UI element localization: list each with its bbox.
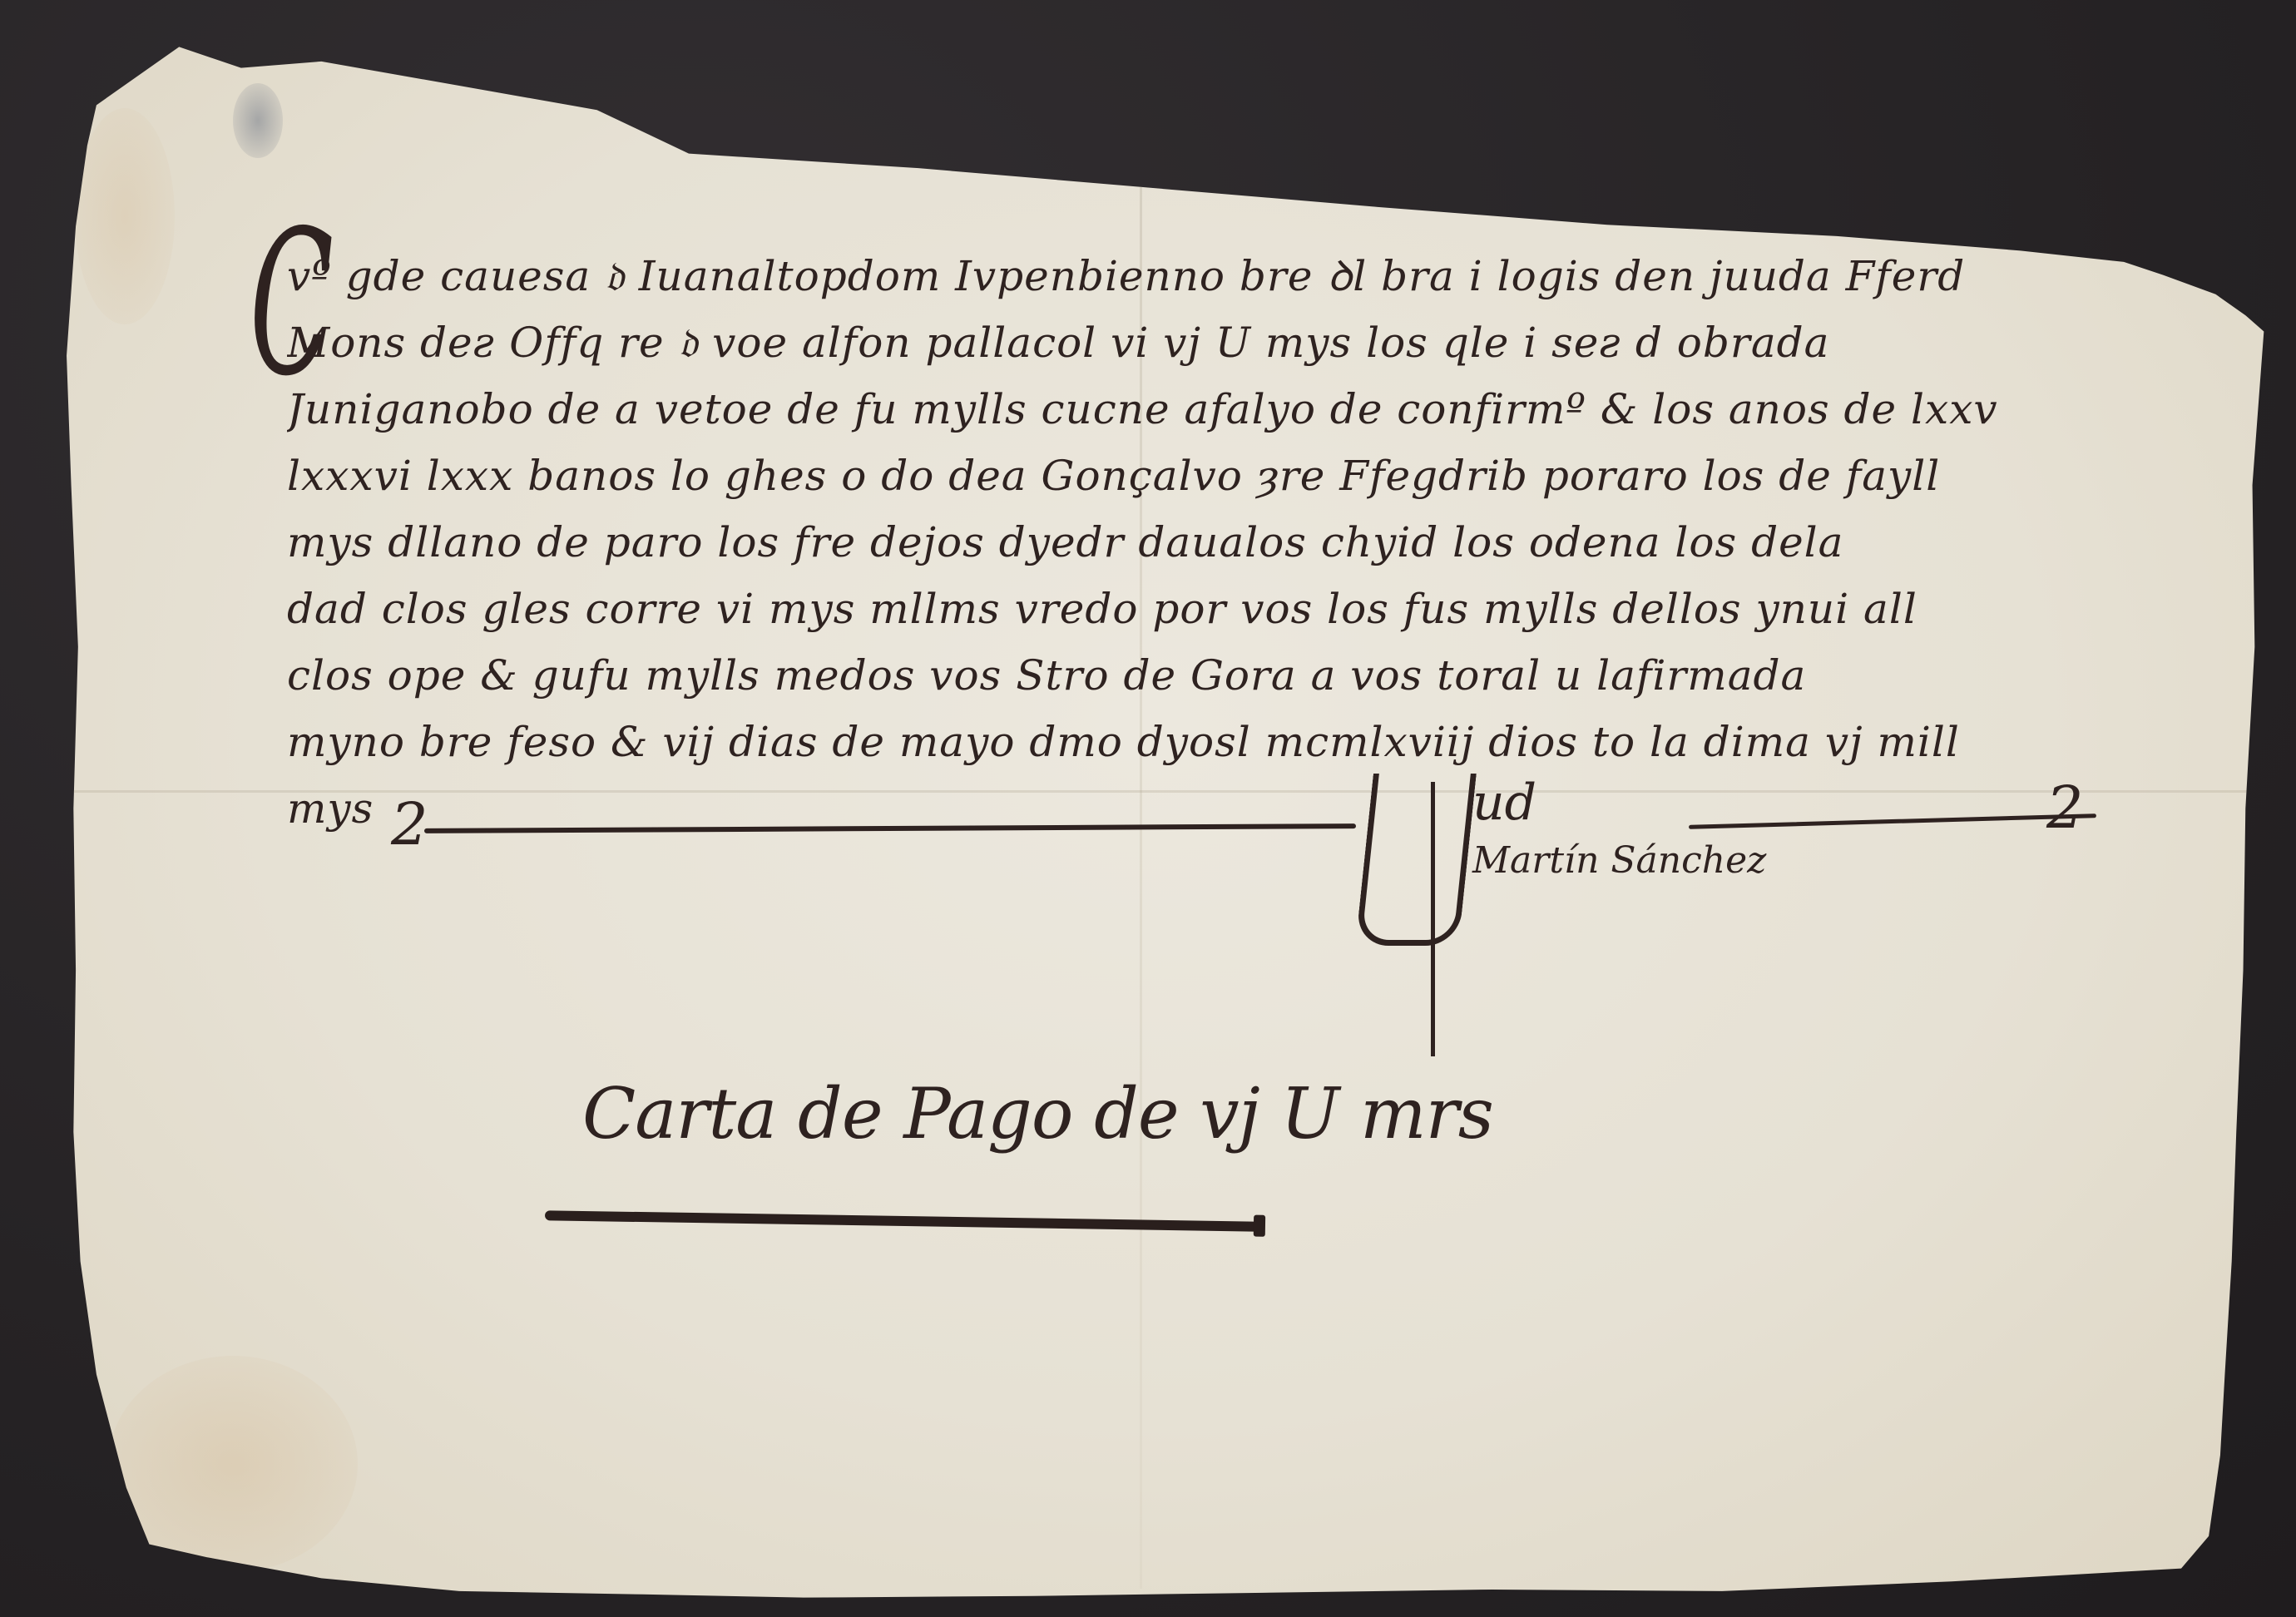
- text-line: dad clos gles corre vi mys mllms vredo p…: [287, 576, 2225, 642]
- document-body: vº gde cauesa 𝔡 Iuanaltopdom Ivpenbienno…: [287, 243, 2225, 842]
- top-left-smudge: [233, 83, 283, 158]
- text-line: lxxxvi lxxx banos lo ghes o do dea Gonça…: [287, 443, 2225, 509]
- notarial-rubric: [1355, 774, 1477, 946]
- text-line: vº gde cauesa 𝔡 Iuanaltopdom Ivpenbienno…: [287, 243, 2225, 309]
- text-line: myno bre feso & vij dias de mayo dmo dyo…: [287, 709, 2225, 775]
- endorsement-underline: [545, 1210, 1260, 1232]
- left-edge-stain: [75, 108, 175, 324]
- signature-rubric-text: ud: [1472, 774, 1766, 832]
- line-end-flourish: 2: [391, 790, 428, 858]
- line-end-flourish: 2: [2046, 774, 2084, 842]
- text-line: clos ope & gufu mylls medos vos Stro de …: [287, 642, 2225, 709]
- text-line: Juniganobo de a vetoe de fu mylls cucne …: [287, 376, 2225, 443]
- text-line: Mons deƨ Offq re 𝔡 voe alfon pallacol vi…: [287, 309, 2225, 376]
- text-line: mys dllano de paro los fre dejos dyedr d…: [287, 509, 2225, 576]
- endorsement-title: Carta de Pago de vj U mrs: [582, 1073, 1493, 1155]
- rubric-stem: [1431, 782, 1435, 1056]
- signature: ud Martín Sánchez: [1472, 774, 1766, 890]
- signature-name: Martín Sánchez: [1472, 832, 1766, 890]
